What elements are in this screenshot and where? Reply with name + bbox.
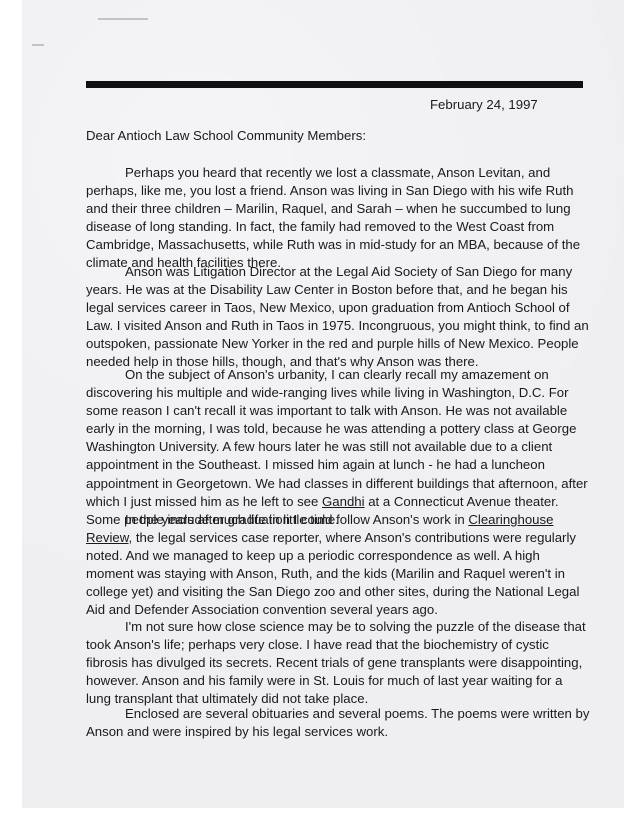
paragraph-text: Perhaps you heard that recently we lost …	[86, 165, 580, 270]
paragraph-text: Anson was Litigation Director at the Leg…	[86, 264, 589, 369]
letter-paragraph-6: Enclosed are several obituaries and seve…	[86, 705, 591, 741]
paragraph-text: , the legal services case reporter, wher…	[86, 530, 579, 617]
scan-smudge-mark	[32, 44, 44, 46]
letter-paragraph-2: Anson was Litigation Director at the Leg…	[86, 263, 591, 372]
letter-salutation: Dear Antioch Law School Community Member…	[86, 128, 366, 143]
paragraph-text: Enclosed are several obituaries and seve…	[86, 706, 590, 739]
letterhead-rule	[86, 81, 583, 88]
letter-paragraph-4: In the years after graduation I could fo…	[86, 511, 591, 620]
paragraph-text: In the years after graduation I could fo…	[125, 512, 468, 527]
paragraph-text: I'm not sure how close science may be to…	[86, 619, 586, 706]
letter-paragraph-3: On the subject of Anson's urbanity, I ca…	[86, 366, 591, 529]
paragraph-text: On the subject of Anson's urbanity, I ca…	[86, 367, 588, 509]
scan-smudge-mark	[98, 18, 148, 20]
letter-date: February 24, 1997	[430, 97, 538, 112]
letter-paragraph-1: Perhaps you heard that recently we lost …	[86, 164, 591, 273]
letter-paragraph-5: I'm not sure how close science may be to…	[86, 618, 591, 708]
underlined-title: Gandhi	[322, 494, 365, 509]
